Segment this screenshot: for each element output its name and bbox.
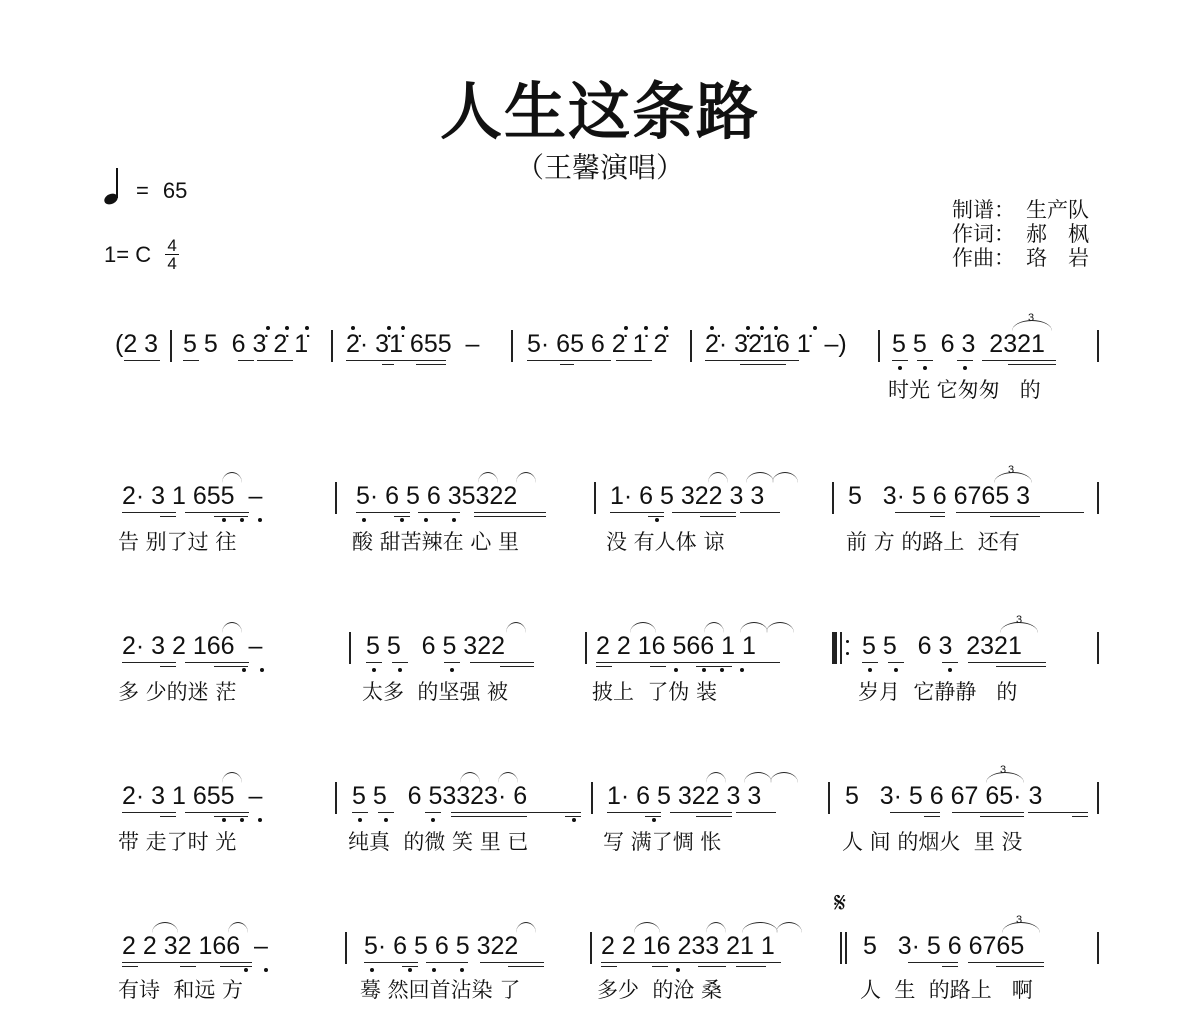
lyrics-line: 人 间 的烟火 里 没 [842,826,1022,856]
tie-mark [776,922,802,933]
tie-mark [516,472,536,483]
repeat-start-barline-thin [840,632,842,664]
barline [331,330,333,362]
lyrics-line: 没 有人体 谅 [606,526,724,556]
measure: 2· 3 2 166 – [122,632,262,664]
tie-mark [460,772,480,783]
credit-value: 郝 枫 [1026,222,1089,246]
measure: 5· 65 6 2̇ 1̇ 2̇ [527,330,667,362]
credit-label: 作词： [952,222,1026,246]
repeat-start-barline [832,632,837,664]
score-row-1: (2 3 5 5 6 3̇ 2̇ 1̇ 2̇· 3̇1̇ 655 – 5· 65… [0,326,1200,406]
key-signature: 1= C 4 4 [104,238,179,271]
tie-mark [228,922,248,933]
barline [591,782,593,814]
lyrics-line: 带 走了时 光 [118,826,236,856]
triplet-bracket [986,772,1024,783]
tie-mark [498,772,518,783]
credit-composer: 作曲：珞 岩 [952,246,1089,270]
barline [594,482,596,514]
measure: 5 5 6 3̇ 2̇ 1̇ [183,330,308,362]
credit-value: 生产队 [1026,198,1089,222]
measure: (2 3 [115,330,158,362]
key-label: 1= C [104,242,151,268]
barline [1097,482,1099,514]
tie-mark [478,472,498,483]
barline [690,330,692,362]
measure: 2 2 16 566 1 1 [596,632,756,664]
barline [832,482,834,514]
tie-mark [222,772,242,783]
barline [1097,782,1099,814]
measure: 5 5 6 53323· 6 [352,782,527,814]
credits-block: 制谱：生产队 作词：郝 枫 作曲：珞 岩 [952,198,1089,270]
tie-mark [222,622,242,633]
measure: 2· 3 1 655 – [122,782,262,814]
tie-mark [740,622,768,633]
triplet-bracket [1012,320,1052,331]
lyrics-line: 告 别了过 往 [118,526,236,556]
tie-mark [630,622,656,633]
score-row-4: 2· 3 1 655 – 5 5 6 53323· 6 1· 6 5 322 3… [0,778,1200,858]
barline [349,632,351,664]
measure: 5 5 6 3 2321 [892,330,1045,362]
song-title: 人生这条路 [0,62,1200,151]
tie-mark [708,472,728,483]
tempo-bpm: 65 [163,178,187,204]
tie-mark [770,772,798,783]
measure: 5 3· 5 6 6765 [863,932,1024,964]
credit-label: 制谱： [952,198,1026,222]
lyrics-line: 岁月 它静静 的 [858,676,1017,706]
tie-mark [704,622,724,633]
triplet-bracket [1002,922,1040,933]
time-signature: 4 4 [165,238,179,271]
tie-mark [706,922,726,933]
credit-lyricist: 作词：郝 枫 [952,222,1089,246]
lyrics-line: 有诗 和远 方 [118,974,243,1004]
credit-label: 作曲： [952,246,1026,270]
measure: 5 3· 5 6 6765 3 [848,482,1030,514]
time-top: 4 [167,238,176,253]
measure: 5 5 6 5 322 [366,632,505,664]
lyrics-line: 太多 的坚强 被 [362,676,508,706]
tie-mark [634,922,660,933]
lyrics-line: 多少 的沧 桑 [597,974,722,1004]
repeat-dot [846,640,849,643]
barline [170,330,172,362]
barline [511,330,513,362]
double-barline [845,932,847,964]
lyrics-line: 蓦 然回首沾染 了 [360,974,520,1004]
tempo-equals: = [136,178,149,204]
credit-value: 珞 岩 [1026,246,1089,270]
tie-mark [746,472,774,483]
measure: 5 5 6 3 2321 [862,632,1022,664]
tempo-marking: = 65 [104,168,187,204]
barline [585,632,587,664]
lyrics-line: 纯真 的微 笑 里 已 [348,826,528,856]
barline [1097,932,1099,964]
tie-mark [506,622,526,633]
tie-mark [706,772,726,783]
tie-mark [744,772,772,783]
score-row-5: 2 2 32 166 – 5· 6 5 6 5 322 2 2 16 233 2… [0,928,1200,1008]
measure: 5· 6 5 6 5 322 [364,932,518,964]
score-row-2: 2· 3 1 655 – 5· 6 5 6 35322 1· 6 5 322 3… [0,478,1200,558]
triplet-bracket [1000,622,1038,633]
measure: 2̇· 3̇1̇ 655 – [346,330,479,362]
tie-mark [222,472,242,483]
score-row-3: 2· 3 2 166 – 5 5 6 5 322 2 2 16 566 1 1 … [0,628,1200,708]
repeat-dot [846,652,849,655]
lyrics-line: 时光 它匆匆 的 [888,374,1041,404]
measure: 2· 3 1 655 – [122,482,262,514]
barline [1097,330,1099,362]
segno-icon: 𝄋 [834,886,846,920]
barline [1097,632,1099,664]
barline [335,482,337,514]
tie-mark [742,922,778,933]
barline [878,330,880,362]
triplet-bracket [994,472,1032,483]
tie-mark [516,922,536,933]
measure: 1· 6 5 322 3 3 [607,782,761,814]
barline [590,932,592,964]
measure: 2̇· 3̇2̇1̇6 1̇ –) [705,330,847,362]
barline [828,782,830,814]
lyrics-line: 人 生 的路上 啊 [860,974,1033,1004]
measure: 2 2 16 233 21 1 [601,932,775,964]
measure: 5 3· 5 6 67 65· 3 [845,782,1042,814]
measure: 5· 6 5 6 35322 [356,482,517,514]
quarter-note-icon [104,168,120,204]
credit-arranger: 制谱：生产队 [952,198,1089,222]
tie-mark [152,922,178,933]
tie-mark [772,472,798,483]
lyrics-line: 前 方 的路上 还有 [846,526,1020,556]
measure: 2 2 32 166 – [122,932,268,964]
lyrics-line: 写 满了惆 怅 [603,826,721,856]
tie-mark [766,622,794,633]
lyrics-line: 多 少的迷 茫 [118,676,236,706]
time-bottom: 4 [167,256,176,271]
barline [335,782,337,814]
lyrics-line: 披上 了伪 装 [592,676,717,706]
measure: 1· 6 5 322 3 3 [610,482,764,514]
lyrics-line: 酸 甜苦辣在 心 里 [352,526,519,556]
barline [345,932,347,964]
double-barline [840,932,842,964]
